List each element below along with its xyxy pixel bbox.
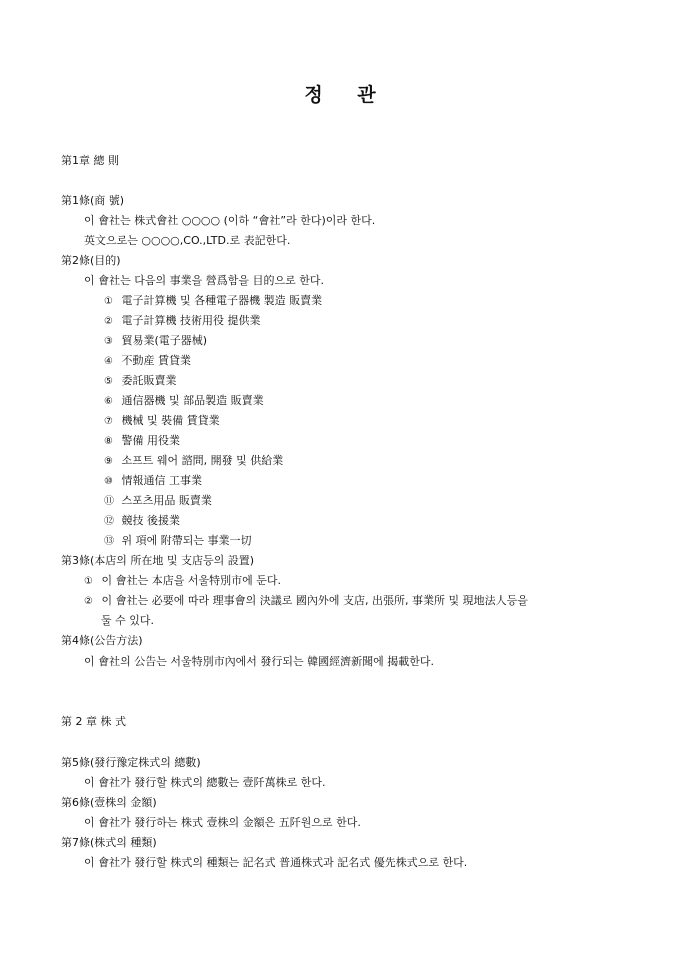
list-item: ① 電子計算機 및 各種電子器機 製造 販賣業 xyxy=(104,294,322,309)
item-number: ⑥ xyxy=(104,395,118,409)
article-1-heading: 第1條(商 號) xyxy=(61,194,124,208)
item-number: ⑤ xyxy=(104,375,118,389)
list-item: ③ 貿易業(電子器械) xyxy=(104,334,207,349)
document-title: 정 관 xyxy=(0,80,680,107)
article-1-line-1: 이 會社는 株式會社 ○○○○ (이하 “會社”라 한다)이라 한다. xyxy=(84,214,375,228)
clause-2: ② 이 會社는 必要에 따라 理事會의 決議로 國內外에 支店, 出張所, 事業… xyxy=(84,594,528,609)
item-number: ⑨ xyxy=(104,455,118,469)
list-item: ⑩ 情報通信 工事業 xyxy=(104,474,202,489)
item-number: ⑪ xyxy=(104,495,118,509)
item-text: 委託販賣業 xyxy=(122,374,177,387)
clause-2-continuation: 둘 수 있다. xyxy=(101,614,154,628)
item-number: ① xyxy=(104,295,118,309)
clause-text: 이 會社는 必要에 따라 理事會의 決議로 國內外에 支店, 出張所, 事業所 … xyxy=(102,594,528,607)
item-text: 機械 및 裝備 賃貸業 xyxy=(122,414,220,427)
item-text: 電子計算機 및 各種電子器機 製造 販賣業 xyxy=(122,294,323,307)
list-item: ⑧ 警備 用役業 xyxy=(104,434,180,449)
item-text: 電子計算機 技術用役 提供業 xyxy=(122,314,261,327)
item-text: 警備 用役業 xyxy=(122,434,181,447)
article-7-heading: 第7條(株式의 種類) xyxy=(61,836,157,850)
article-5-heading: 第5條(發行豫定株式의 總數) xyxy=(61,756,201,770)
article-6-heading: 第6條(壹株의 金額) xyxy=(61,796,157,810)
article-4-heading: 第4條(公告方法) xyxy=(61,634,143,648)
list-item: ⑪ 스포츠用品 販賣業 xyxy=(104,494,212,509)
article-3-heading: 第3條(本店의 所在地 및 支店등의 設置) xyxy=(61,554,254,568)
clause-1: ① 이 會社는 本店을 서울特別市에 둔다. xyxy=(84,574,281,589)
item-text: 소프트 웨어 諮問, 開發 및 供給業 xyxy=(122,454,284,467)
article-1-line-2: 英文으로는 ○○○○,CO.,LTD.로 表記한다. xyxy=(84,234,290,248)
item-text: 위 項에 附帶되는 事業一切 xyxy=(122,534,252,547)
clause-text: 이 會社는 本店을 서울特別市에 둔다. xyxy=(102,574,282,587)
list-item: ⑥ 通信器機 및 部品製造 販賣業 xyxy=(104,394,264,409)
item-number: ④ xyxy=(104,355,118,369)
article-2-heading: 第2條(目的) xyxy=(61,254,121,268)
chapter-2-heading: 第 2 章 株 式 xyxy=(61,715,126,729)
list-item: ⑬ 위 項에 附帶되는 事業一切 xyxy=(104,534,252,549)
item-text: 競技 後援業 xyxy=(122,514,181,527)
article-4-line-1: 이 會社의 公告는 서울特別市內에서 發行되는 韓國經濟新聞에 揭載한다. xyxy=(84,655,434,669)
article-2-intro: 이 會社는 다음의 事業을 營爲함을 目的으로 한다. xyxy=(84,274,324,288)
list-item: ② 電子計算機 技術用役 提供業 xyxy=(104,314,261,329)
item-number: ⑧ xyxy=(104,435,118,449)
item-number: ⑫ xyxy=(104,515,118,529)
clause-number: ① xyxy=(84,575,98,589)
item-number: ⑩ xyxy=(104,475,118,489)
item-text: 情報通信 工事業 xyxy=(122,474,203,487)
item-text: 스포츠用品 販賣業 xyxy=(122,494,212,507)
item-text: 通信器機 및 部品製造 販賣業 xyxy=(122,394,264,407)
list-item: ⑦ 機械 및 裝備 賃貸業 xyxy=(104,414,220,429)
item-text: 不動産 賃貸業 xyxy=(122,354,192,367)
list-item: ⑤ 委託販賣業 xyxy=(104,374,177,389)
item-number: ⑦ xyxy=(104,415,118,429)
list-item: ⑨ 소프트 웨어 諮問, 開發 및 供給業 xyxy=(104,454,283,469)
item-text: 貿易業(電子器械) xyxy=(122,334,208,347)
item-number: ⑬ xyxy=(104,535,118,549)
item-number: ③ xyxy=(104,335,118,349)
clause-number: ② xyxy=(84,595,98,609)
article-5-line-1: 이 會社가 發行할 株式의 總數는 壹阡萬株로 한다. xyxy=(84,776,325,790)
article-6-line-1: 이 會社가 發行하는 株式 壹株의 金額은 五阡원으로 한다. xyxy=(84,816,361,830)
article-7-line-1: 이 會社가 發行할 株式의 種類는 記名式 普通株式과 記名式 優先株式으로 한… xyxy=(84,856,467,870)
list-item: ④ 不動産 賃貸業 xyxy=(104,354,191,369)
chapter-1-heading: 第1章 總 則 xyxy=(61,154,119,168)
document-page: 정 관 第1章 總 則 第1條(商 號) 이 會社는 株式會社 ○○○○ (이하… xyxy=(0,0,680,962)
item-number: ② xyxy=(104,315,118,329)
list-item: ⑫ 競技 後援業 xyxy=(104,514,180,529)
